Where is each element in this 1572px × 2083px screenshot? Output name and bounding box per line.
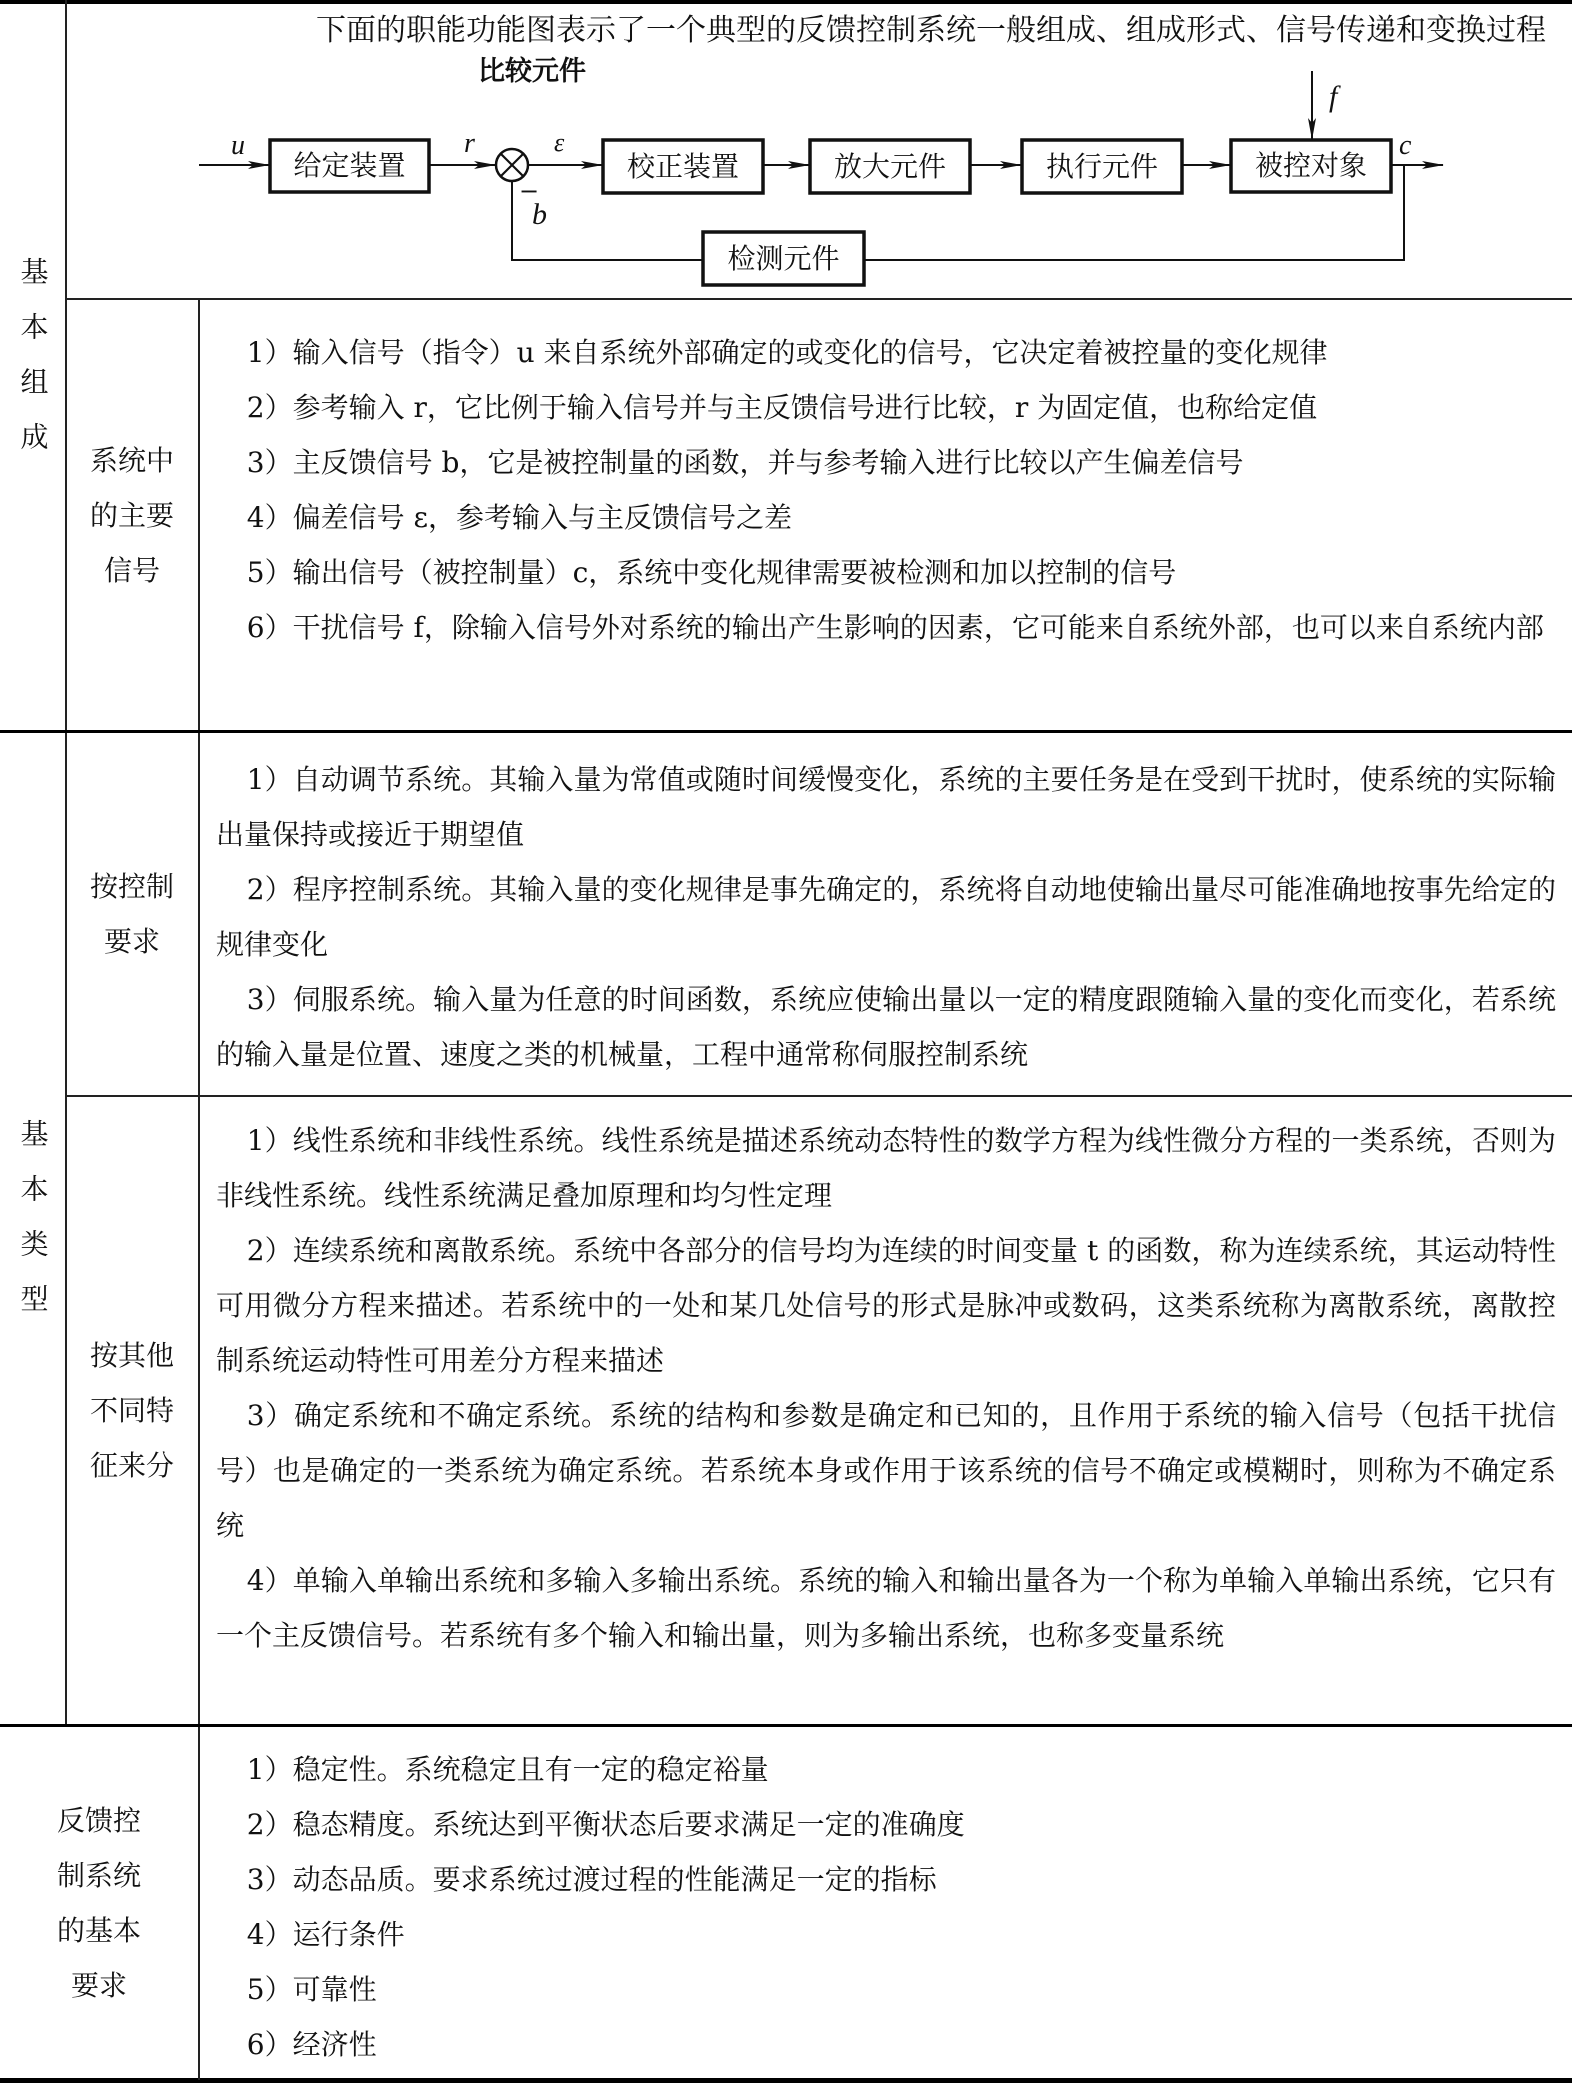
category-label-line: 要求 bbox=[71, 1958, 127, 2013]
signal-r: r bbox=[464, 129, 475, 159]
comparator-label: 比较元件 bbox=[478, 55, 586, 89]
subcategory-label-line: 按其他 bbox=[90, 1328, 174, 1383]
list-item: 2）参考输入 r，它比例于输入信号并与主反馈信号进行比较，r 为固定值，也称给定… bbox=[216, 380, 1556, 435]
list-item: 4）偏差信号 ε，参考输入与主反馈信号之差 bbox=[216, 490, 1556, 545]
column-divider-2 bbox=[198, 299, 200, 2080]
list-item: 3）动态品质。要求系统过渡过程的性能满足一定的指标 bbox=[216, 1852, 1556, 1907]
list-item: 5）可靠性 bbox=[216, 1962, 1556, 2017]
subcategory-label-line: 信号 bbox=[104, 543, 160, 598]
signal-f: f bbox=[1329, 81, 1337, 113]
block-label-corrector: 校正装置 bbox=[603, 140, 763, 193]
functional-block-diagram: 下面的职能功能图表示了一个典型的反馈控制系统一般组成、组成形式、信号传递和变换过… bbox=[199, 3, 1572, 299]
category-label: 基本类型 bbox=[19, 1119, 47, 1339]
list-item: 1）线性系统和非线性系统。线性系统是描述系统动态特性的数学方程为线性微分方程的一… bbox=[216, 1113, 1556, 1223]
category-basic-requirements: 反馈控 制系统 的基本 要求 bbox=[0, 1727, 198, 2078]
subcategory-label-line: 要求 bbox=[104, 914, 160, 969]
signal-c: c bbox=[1399, 131, 1411, 161]
main-signals-list: 1）输入信号（指令）u 来自系统外部确定的或变化的信号，它决定着被控量的变化规律… bbox=[216, 325, 1556, 655]
list-item: 4）运行条件 bbox=[216, 1907, 1556, 1962]
list-item: 3）主反馈信号 b，它是被控制量的函数，并与参考输入进行比较以产生偏差信号 bbox=[216, 435, 1556, 490]
list-item: 5）输出信号（被控制量）c，系统中变化规律需要被检测和加以控制的信号 bbox=[216, 545, 1556, 600]
list-item: 1）稳定性。系统稳定且有一定的稳定裕量 bbox=[216, 1742, 1556, 1797]
category-label-line: 反馈控 bbox=[57, 1793, 141, 1848]
block-label-plant: 被控对象 bbox=[1231, 140, 1391, 192]
row-divider-types bbox=[66, 1095, 1572, 1097]
block-label-actuator: 执行元件 bbox=[1022, 140, 1182, 193]
list-item: 6）经济性 bbox=[216, 2017, 1556, 2072]
category-label: 基本组成 bbox=[19, 257, 47, 477]
subcategory-label-line: 系统中 bbox=[90, 433, 174, 488]
table-bottom-border bbox=[0, 2078, 1572, 2083]
list-item: 2）程序控制系统。其输入量的变化规律是事先确定的，系统将自动地使输出量尽可能准确… bbox=[216, 862, 1556, 972]
category-label-line: 制系统 bbox=[57, 1848, 141, 1903]
list-item: 3）伺服系统。输入量为任意的时间函数，系统应使输出量以一定的精度跟随输入量的变化… bbox=[216, 972, 1556, 1082]
block-label-setpoint: 给定装置 bbox=[270, 140, 429, 192]
section-divider-2 bbox=[0, 1724, 1572, 1727]
block-label-amplifier: 放大元件 bbox=[810, 140, 970, 193]
list-item: 2）连续系统和离散系统。系统中各部分的信号均为连续的时间变量 t 的函数，称为连… bbox=[216, 1223, 1556, 1388]
block-label-sensor: 检测元件 bbox=[703, 232, 864, 285]
subcategory-label-line: 不同特 bbox=[90, 1383, 174, 1438]
list-item: 3）确定系统和不确定系统。系统的结构和参数是确定和已知的，且作用于系统的输入信号… bbox=[216, 1388, 1556, 1553]
category-basic-composition: 基本组成 bbox=[0, 4, 65, 730]
section-divider-1 bbox=[0, 730, 1572, 733]
signal-b: b bbox=[532, 199, 547, 231]
subcategory-main-signals: 系统中 的主要 信号 bbox=[66, 300, 198, 730]
signal-epsilon: ε bbox=[554, 128, 564, 158]
list-item: 1）自动调节系统。其输入量为常值或随时间缓慢变化，系统的主要任务是在受到干扰时，… bbox=[216, 752, 1556, 862]
list-item: 6）干扰信号 f，除输入信号外对系统的输出产生影响的因素，它可能来自系统外部，也… bbox=[216, 600, 1556, 655]
subcategory-label-line: 的主要 bbox=[90, 488, 174, 543]
other-features-list: 1）线性系统和非线性系统。线性系统是描述系统动态特性的数学方程为线性微分方程的一… bbox=[216, 1113, 1556, 1663]
list-item: 4）单输入单输出系统和多输入多输出系统。系统的输入和输出量各为一个称为单输入单输… bbox=[216, 1553, 1556, 1663]
subcategory-by-other-features: 按其他 不同特 征来分 bbox=[66, 1097, 198, 1724]
control-requirement-list: 1）自动调节系统。其输入量为常值或随时间缓慢变化，系统的主要任务是在受到干扰时，… bbox=[216, 752, 1556, 1082]
category-label-line: 的基本 bbox=[57, 1903, 141, 1958]
basic-requirements-list: 1）稳定性。系统稳定且有一定的稳定裕量 2）稳态精度。系统达到平衡状态后要求满足… bbox=[216, 1742, 1556, 2072]
signal-u: u bbox=[231, 131, 245, 161]
subcategory-label-line: 征来分 bbox=[90, 1438, 174, 1493]
list-item: 1）输入信号（指令）u 来自系统外部确定的或变化的信号，它决定着被控量的变化规律 bbox=[216, 325, 1556, 380]
subcategory-by-control-requirement: 按控制 要求 bbox=[66, 733, 198, 1095]
category-basic-types: 基本类型 bbox=[0, 733, 65, 1724]
subcategory-label-line: 按控制 bbox=[90, 859, 174, 914]
list-item: 2）稳态精度。系统达到平衡状态后要求满足一定的准确度 bbox=[216, 1797, 1556, 1852]
